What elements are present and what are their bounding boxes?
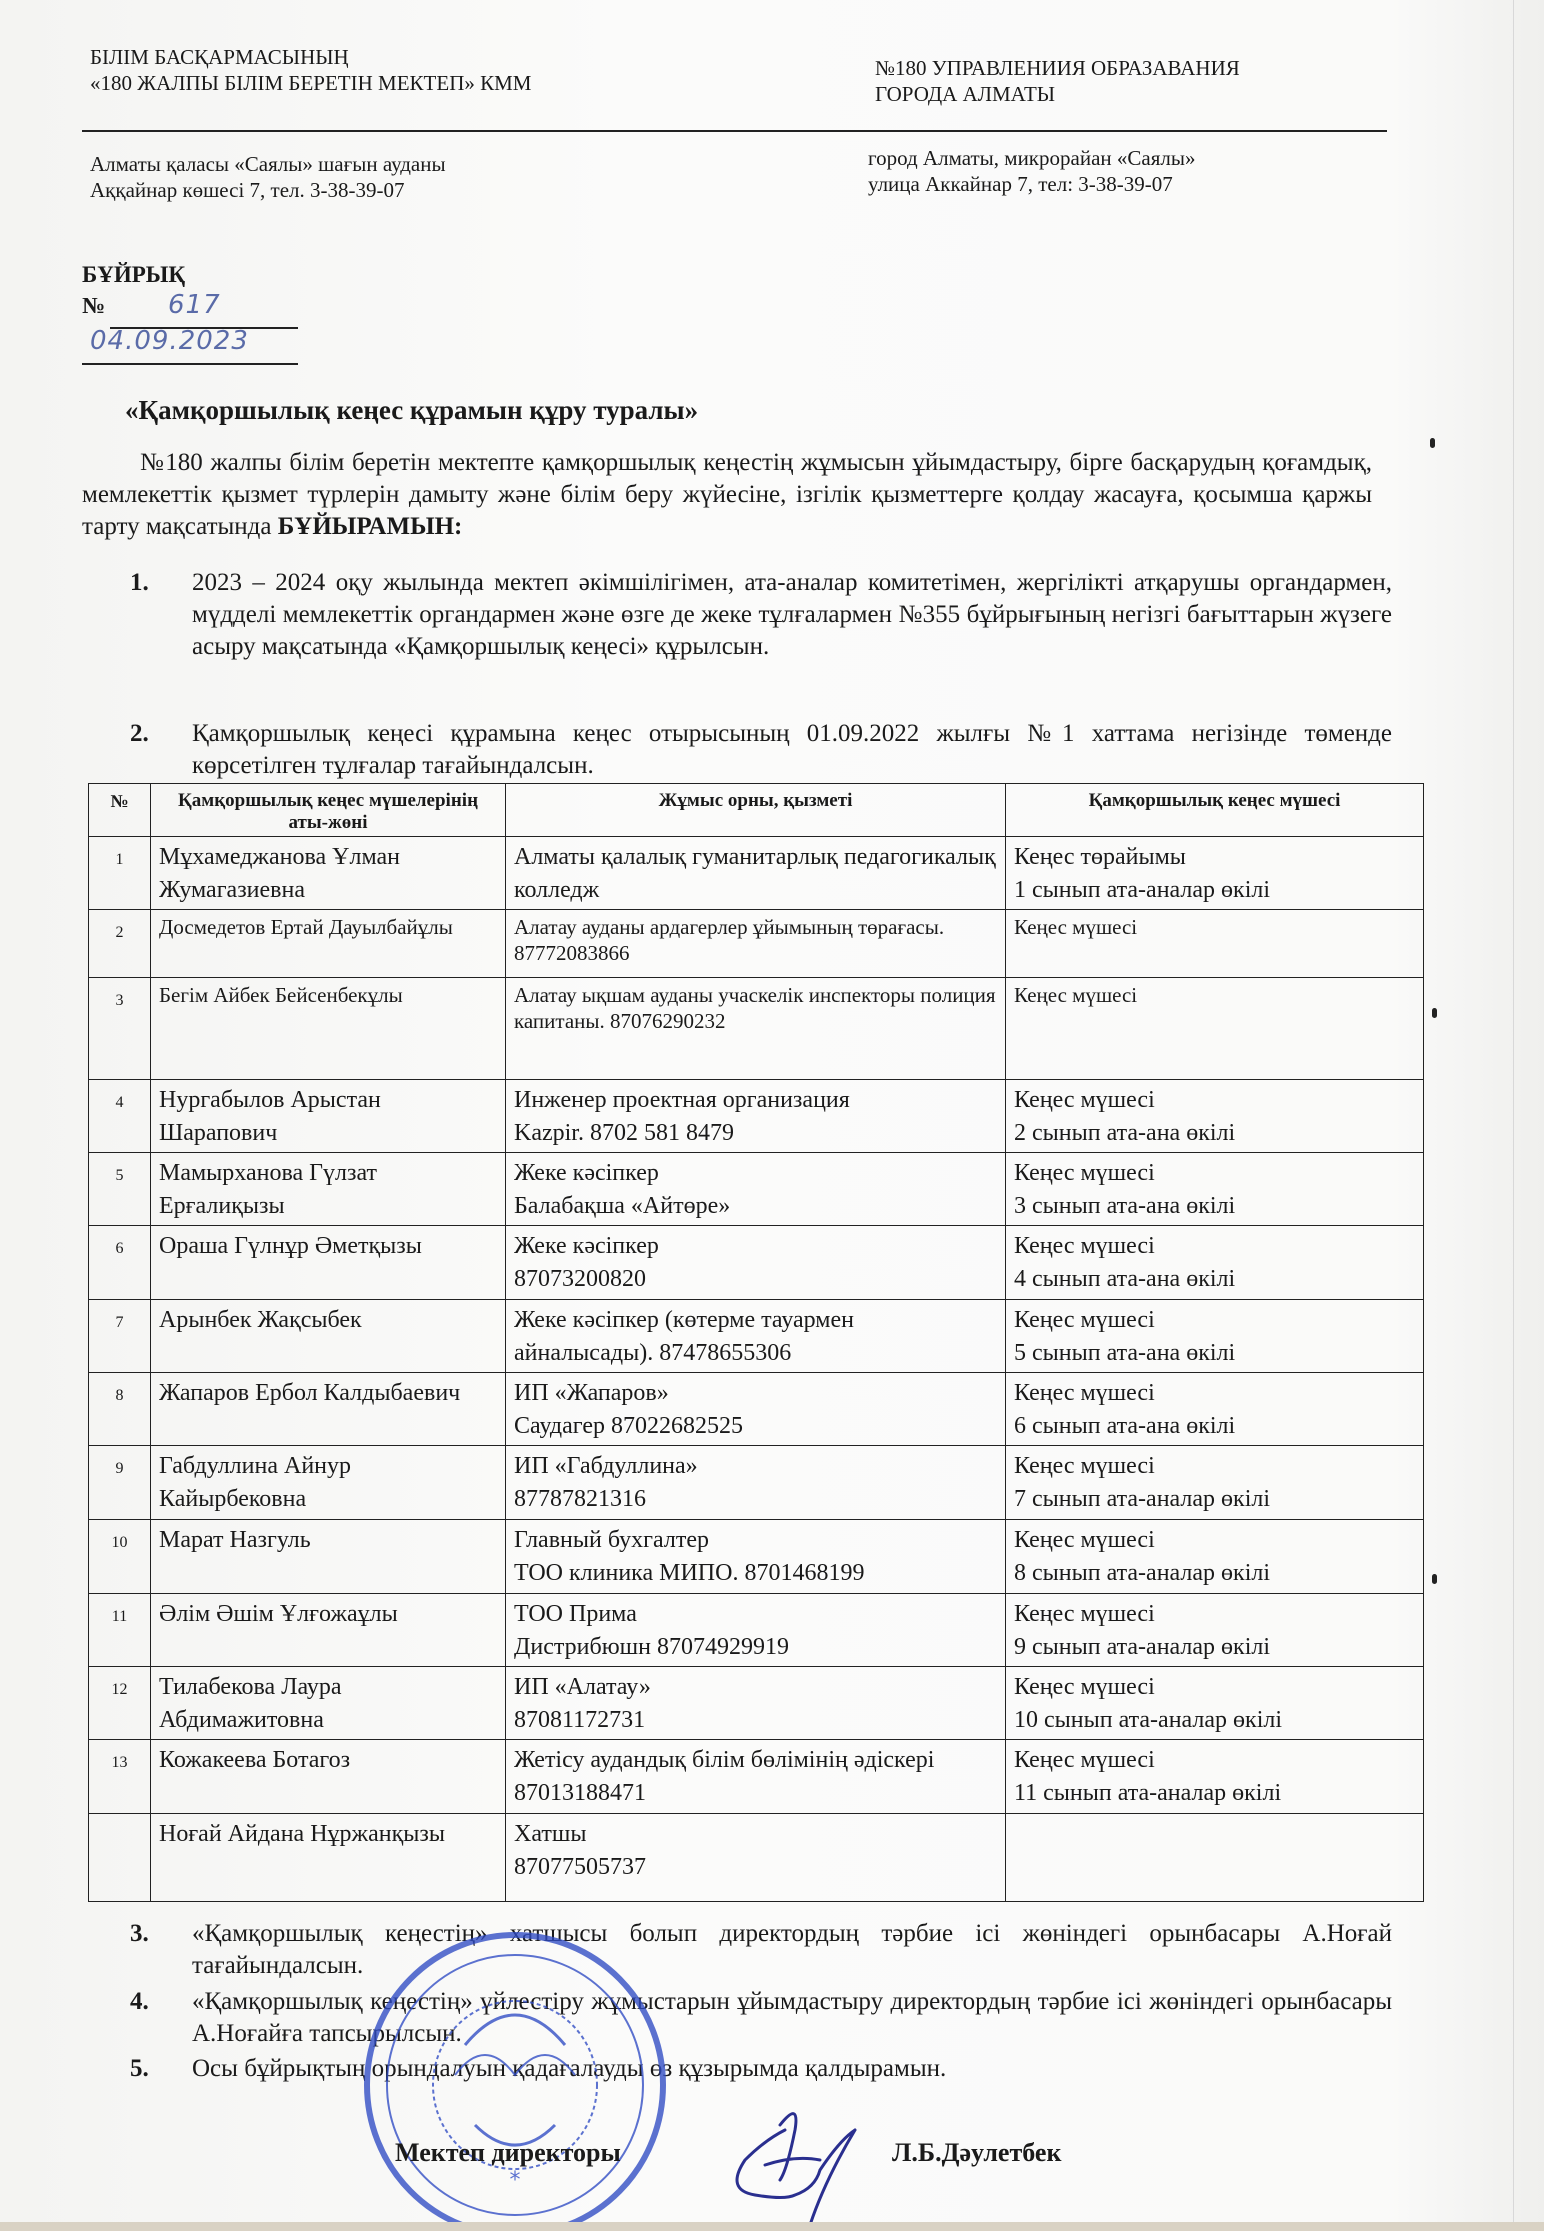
member-workplace: Инженер проектная организация Kazpir. 87… — [506, 1080, 1006, 1153]
member-workplace: ИП «Габдуллина» 87787821316 — [506, 1446, 1006, 1520]
member-name: Тилабекова Лаура Абдимажитовна — [151, 1667, 506, 1740]
table-row: 5Мамырханова Гүлзат ЕрғалиқызыЖеке кәсіп… — [89, 1153, 1424, 1226]
order-date-handwritten: 04.09.2023 — [90, 326, 249, 356]
council-members-table: № Қамқоршылық кеңес мүшелерінің аты-жөні… — [88, 783, 1424, 1902]
member-name: Нургабылов Арыстан Шарапович — [151, 1080, 506, 1153]
table-row: Ноғай Айдана НұржанқызыХатшы 87077505737 — [89, 1814, 1424, 1902]
table-row: 9Габдуллина Айнур КайырбековнаИП «Габдул… — [89, 1446, 1424, 1520]
member-council-role: Кеңес мүшесі 5 сынып ата-ана өкілі — [1006, 1300, 1424, 1373]
order-item-1: 1. 2023 – 2024 оқу жылында мектеп әкімші… — [130, 567, 1392, 663]
order-item-3: 3. «Қамқоршылық кеңестің» хатшысы болып … — [130, 1918, 1392, 1982]
header-left-organization: БІЛІМ БАСҚАРМАСЫНЫҢ «180 ЖАЛПЫ БІЛІМ БЕР… — [90, 44, 531, 96]
table-row: 11Әлім Әшім ҰлғожаұлыТОО Прима Дистрибюш… — [89, 1594, 1424, 1667]
table-row: 10Марат НазгульГлавный бухгалтер ТОО кли… — [89, 1520, 1424, 1594]
member-council-role: Кеңес мүшесі 6 сынып ата-ана өкілі — [1006, 1373, 1424, 1446]
table-row: 4Нургабылов Арыстан ШараповичИнженер про… — [89, 1080, 1424, 1153]
member-workplace: Алматы қалалық гуманитарлық педагогикалы… — [506, 837, 1006, 910]
member-workplace: ТОО Прима Дистрибюшн 87074929919 — [506, 1594, 1006, 1667]
table-row: 13Кожакеева БотагозЖетісу аудандық білім… — [89, 1740, 1424, 1814]
order-item-5: 5. Осы бұйрықтың орындалуын қадағалауды … — [130, 2053, 1392, 2085]
item-text: 2023 – 2024 оқу жылында мектеп әкімшіліг… — [192, 567, 1392, 663]
intro-emphasis: БҰЙЫРАМЫН: — [278, 513, 463, 540]
member-council-role: Кеңес мүшесі 7 сынып ата-аналар өкілі — [1006, 1446, 1424, 1520]
item-number: 3. — [130, 1918, 149, 1950]
signatory-name: Л.Б.Дәулетбек — [892, 2138, 1061, 2168]
member-workplace: Жетісу аудандық білім бөлімінің әдіскері… — [506, 1740, 1006, 1814]
row-number: 9 — [89, 1446, 151, 1520]
item-number: 4. — [130, 1986, 149, 2018]
member-workplace: Главный бухгалтер ТОО клиника МИПО. 8701… — [506, 1520, 1006, 1594]
header-right-org-line-2: ГОРОДА АЛМАТЫ — [875, 81, 1240, 107]
member-name: Досмедетов Ертай Дауылбайұлы — [151, 910, 506, 978]
member-council-role: Кеңес мүшесі — [1006, 910, 1424, 978]
intro-paragraph: №180 жалпы білім беретін мектепте қамқор… — [82, 447, 1372, 543]
member-name: Мұхамеджанова Ұлман Жумагазиевна — [151, 837, 506, 910]
member-workplace: Жеке кәсіпкер (көтерме тауармен айналыса… — [506, 1300, 1006, 1373]
member-workplace: Алатау ауданы ардагерлер ұйымының төраға… — [506, 910, 1006, 978]
row-number: 2 — [89, 910, 151, 978]
table-row: 12Тилабекова Лаура АбдимажитовнаИП «Алат… — [89, 1667, 1424, 1740]
member-workplace: Жеке кәсіпкер Балабақша «Айтөре» — [506, 1153, 1006, 1226]
table-row: 1Мұхамеджанова Ұлман ЖумагазиевнаАлматы … — [89, 837, 1424, 910]
row-number: 5 — [89, 1153, 151, 1226]
row-number: 4 — [89, 1080, 151, 1153]
member-name: Ораша Гүлнұр Әметқызы — [151, 1226, 506, 1300]
member-council-role: Кеңес мүшесі 2 сынып ата-ана өкілі — [1006, 1080, 1424, 1153]
page-edge — [1513, 0, 1514, 2231]
header-right-address-line-2: улица Аккайнар 7, тел: 3-38-39-07 — [868, 171, 1195, 197]
member-workplace: ИП «Алатау» 87081172731 — [506, 1667, 1006, 1740]
svg-text:*: * — [510, 2168, 521, 2193]
header-left-org-line-1: БІЛІМ БАСҚАРМАСЫНЫҢ — [90, 44, 531, 70]
member-name: Жапаров Ербол Калдыбаевич — [151, 1373, 506, 1446]
member-council-role: Кеңес мүшесі 8 сынып ата-аналар өкілі — [1006, 1520, 1424, 1594]
member-name: Бегім Айбек Бейсенбекұлы — [151, 978, 506, 1080]
header-number: № — [89, 784, 151, 837]
row-number: 12 — [89, 1667, 151, 1740]
scan-speck — [1432, 1008, 1437, 1018]
document-page: БІЛІМ БАСҚАРМАСЫНЫҢ «180 ЖАЛПЫ БІЛІМ БЕР… — [0, 0, 1544, 2231]
header-left-address-line-1: Алматы қаласы «Саялы» шағын ауданы — [90, 151, 446, 177]
header-left-address-line-2: Аққайнар көшесі 7, тел. 3-38-39-07 — [90, 177, 446, 203]
item-number: 5. — [130, 2053, 149, 2085]
header-right-org-line-1: №180 УПРАВЛЕНИИЯ ОБРАЗАВАНИЯ — [875, 55, 1240, 81]
member-workplace: Жеке кәсіпкер 87073200820 — [506, 1226, 1006, 1300]
item-number: 1. — [130, 567, 149, 599]
member-workplace: ИП «Жапаров» Саудагер 87022682525 — [506, 1373, 1006, 1446]
table-header-row: № Қамқоршылық кеңес мүшелерінің аты-жөні… — [89, 784, 1424, 837]
scan-speck — [1432, 1574, 1437, 1584]
member-name: Габдуллина Айнур Кайырбековна — [151, 1446, 506, 1520]
item-text: Қамқоршылық кеңесі құрамына кеңес отырыс… — [192, 718, 1392, 782]
order-item-2: 2. Қамқоршылық кеңесі құрамына кеңес оты… — [130, 718, 1392, 782]
scan-bottom-edge — [0, 2222, 1544, 2231]
signatory-role: Мектеп директоры — [395, 2138, 621, 2168]
row-number: 13 — [89, 1740, 151, 1814]
document-title: «Қамқоршылық кеңес құрамын құру туралы» — [125, 395, 698, 426]
order-title: БҰЙРЫҚ — [82, 262, 185, 288]
member-council-role — [1006, 1814, 1424, 1902]
table-row: 3Бегім Айбек БейсенбекұлыАлатау ықшам ау… — [89, 978, 1424, 1080]
order-number-label: № — [82, 293, 105, 319]
row-number: 8 — [89, 1373, 151, 1446]
header-right-address-line-1: город Алматы, микрорайан «Саялы» — [868, 145, 1195, 171]
member-workplace: Хатшы 87077505737 — [506, 1814, 1006, 1902]
handwritten-signature-icon — [725, 2100, 875, 2231]
order-item-4: 4. «Қамқоршылық кеңестің» үйлестіру жұмы… — [130, 1986, 1392, 2050]
intro-text: №180 жалпы білім беретін мектепте қамқор… — [82, 449, 1372, 540]
row-number: 11 — [89, 1594, 151, 1667]
header-divider — [82, 130, 1387, 132]
order-date-underline — [82, 363, 298, 365]
member-name: Мамырханова Гүлзат Ерғалиқызы — [151, 1153, 506, 1226]
official-stamp-icon: * — [355, 1925, 675, 2231]
scan-speck — [1430, 438, 1435, 448]
item-number: 2. — [130, 718, 149, 750]
member-council-role: Кеңес мүшесі 3 сынып ата-ана өкілі — [1006, 1153, 1424, 1226]
member-council-role: Кеңес мүшесі 4 сынып ата-ана өкілі — [1006, 1226, 1424, 1300]
member-council-role: Кеңес мүшесі 9 сынып ата-аналар өкілі — [1006, 1594, 1424, 1667]
table-row: 6Ораша Гүлнұр ӘметқызыЖеке кәсіпкер 8707… — [89, 1226, 1424, 1300]
header-right-address: город Алматы, микрорайан «Саялы» улица А… — [868, 145, 1195, 197]
row-number: 10 — [89, 1520, 151, 1594]
member-council-role: Кеңес мүшесі 10 сынып ата-аналар өкілі — [1006, 1667, 1424, 1740]
table-row: 2Досмедетов Ертай ДауылбайұлыАлатау ауда… — [89, 910, 1424, 978]
header-role: Қамқоршылық кеңес мүшесі — [1006, 784, 1424, 837]
header-name: Қамқоршылық кеңес мүшелерінің аты-жөні — [151, 784, 506, 837]
member-council-role: Кеңес мүшесі 11 сынып ата-аналар өкілі — [1006, 1740, 1424, 1814]
member-council-role: Кеңес төрайымы 1 сынып ата-аналар өкілі — [1006, 837, 1424, 910]
member-council-role: Кеңес мүшесі — [1006, 978, 1424, 1080]
row-number: 1 — [89, 837, 151, 910]
header-left-address: Алматы қаласы «Саялы» шағын ауданы Аққай… — [90, 151, 446, 203]
header-left-org-line-2: «180 ЖАЛПЫ БІЛІМ БЕРЕТІН МЕКТЕП» КММ — [90, 70, 531, 96]
header-right-organization: №180 УПРАВЛЕНИИЯ ОБРАЗАВАНИЯ ГОРОДА АЛМА… — [875, 55, 1240, 107]
table-row: 8Жапаров Ербол КалдыбаевичИП «Жапаров» С… — [89, 1373, 1424, 1446]
header-work: Жұмыс орны, қызметі — [506, 784, 1006, 837]
member-name: Кожакеева Ботагоз — [151, 1740, 506, 1814]
table-body: 1Мұхамеджанова Ұлман ЖумагазиевнаАлматы … — [89, 837, 1424, 1902]
order-number-handwritten: 617 — [168, 290, 221, 320]
member-name: Марат Назгуль — [151, 1520, 506, 1594]
member-name: Әлім Әшім Ұлғожаұлы — [151, 1594, 506, 1667]
table-row: 7Арынбек ЖақсыбекЖеке кәсіпкер (көтерме … — [89, 1300, 1424, 1373]
row-number — [89, 1814, 151, 1902]
row-number: 7 — [89, 1300, 151, 1373]
member-name: Ноғай Айдана Нұржанқызы — [151, 1814, 506, 1902]
member-name: Арынбек Жақсыбек — [151, 1300, 506, 1373]
member-workplace: Алатау ықшам ауданы учаскелік инспекторы… — [506, 978, 1006, 1080]
row-number: 3 — [89, 978, 151, 1080]
row-number: 6 — [89, 1226, 151, 1300]
